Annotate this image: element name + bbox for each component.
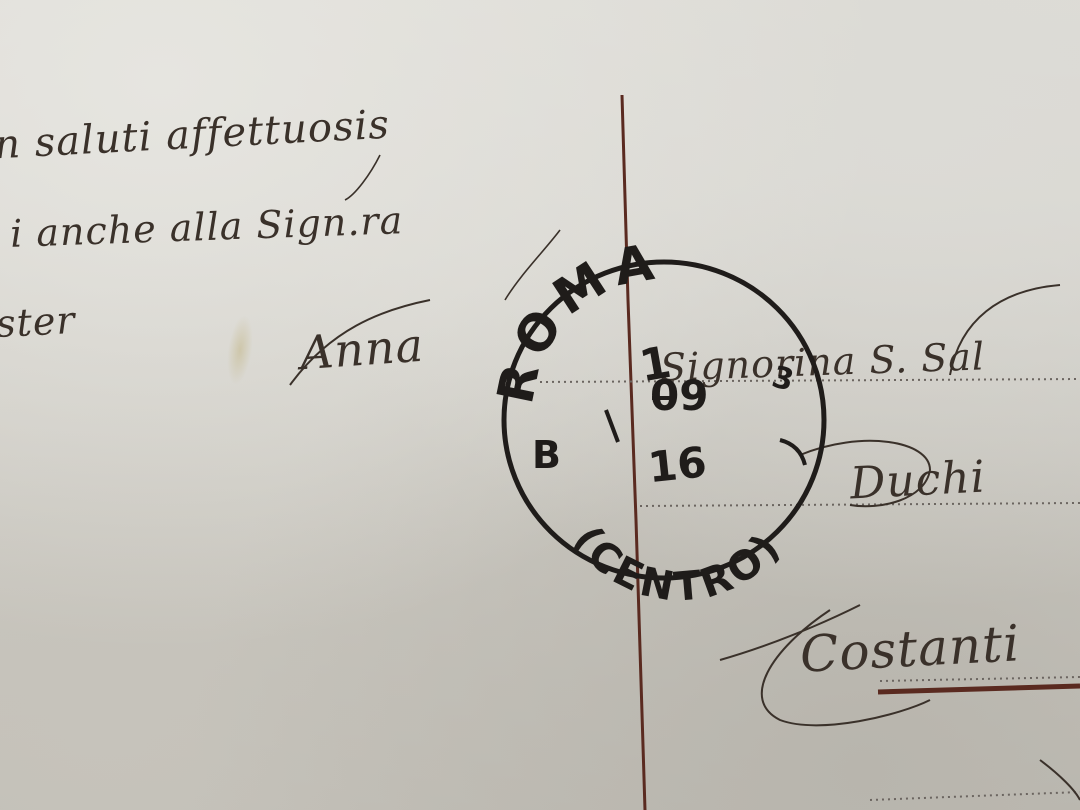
postmark-letter: B [532, 433, 561, 477]
postmark: ROMA (CENTRO) B 1 09 3 16 [0, 0, 1080, 810]
postmark-tick-left [606, 410, 618, 442]
postmark-month: 09 [650, 371, 708, 420]
postmark-district: (CENTRO) [564, 518, 791, 611]
postmark-paren-right [780, 440, 805, 465]
postmark-hour: 3 [768, 360, 797, 399]
postmark-year: 16 [646, 437, 709, 492]
postmark-city: ROMA [486, 232, 665, 408]
